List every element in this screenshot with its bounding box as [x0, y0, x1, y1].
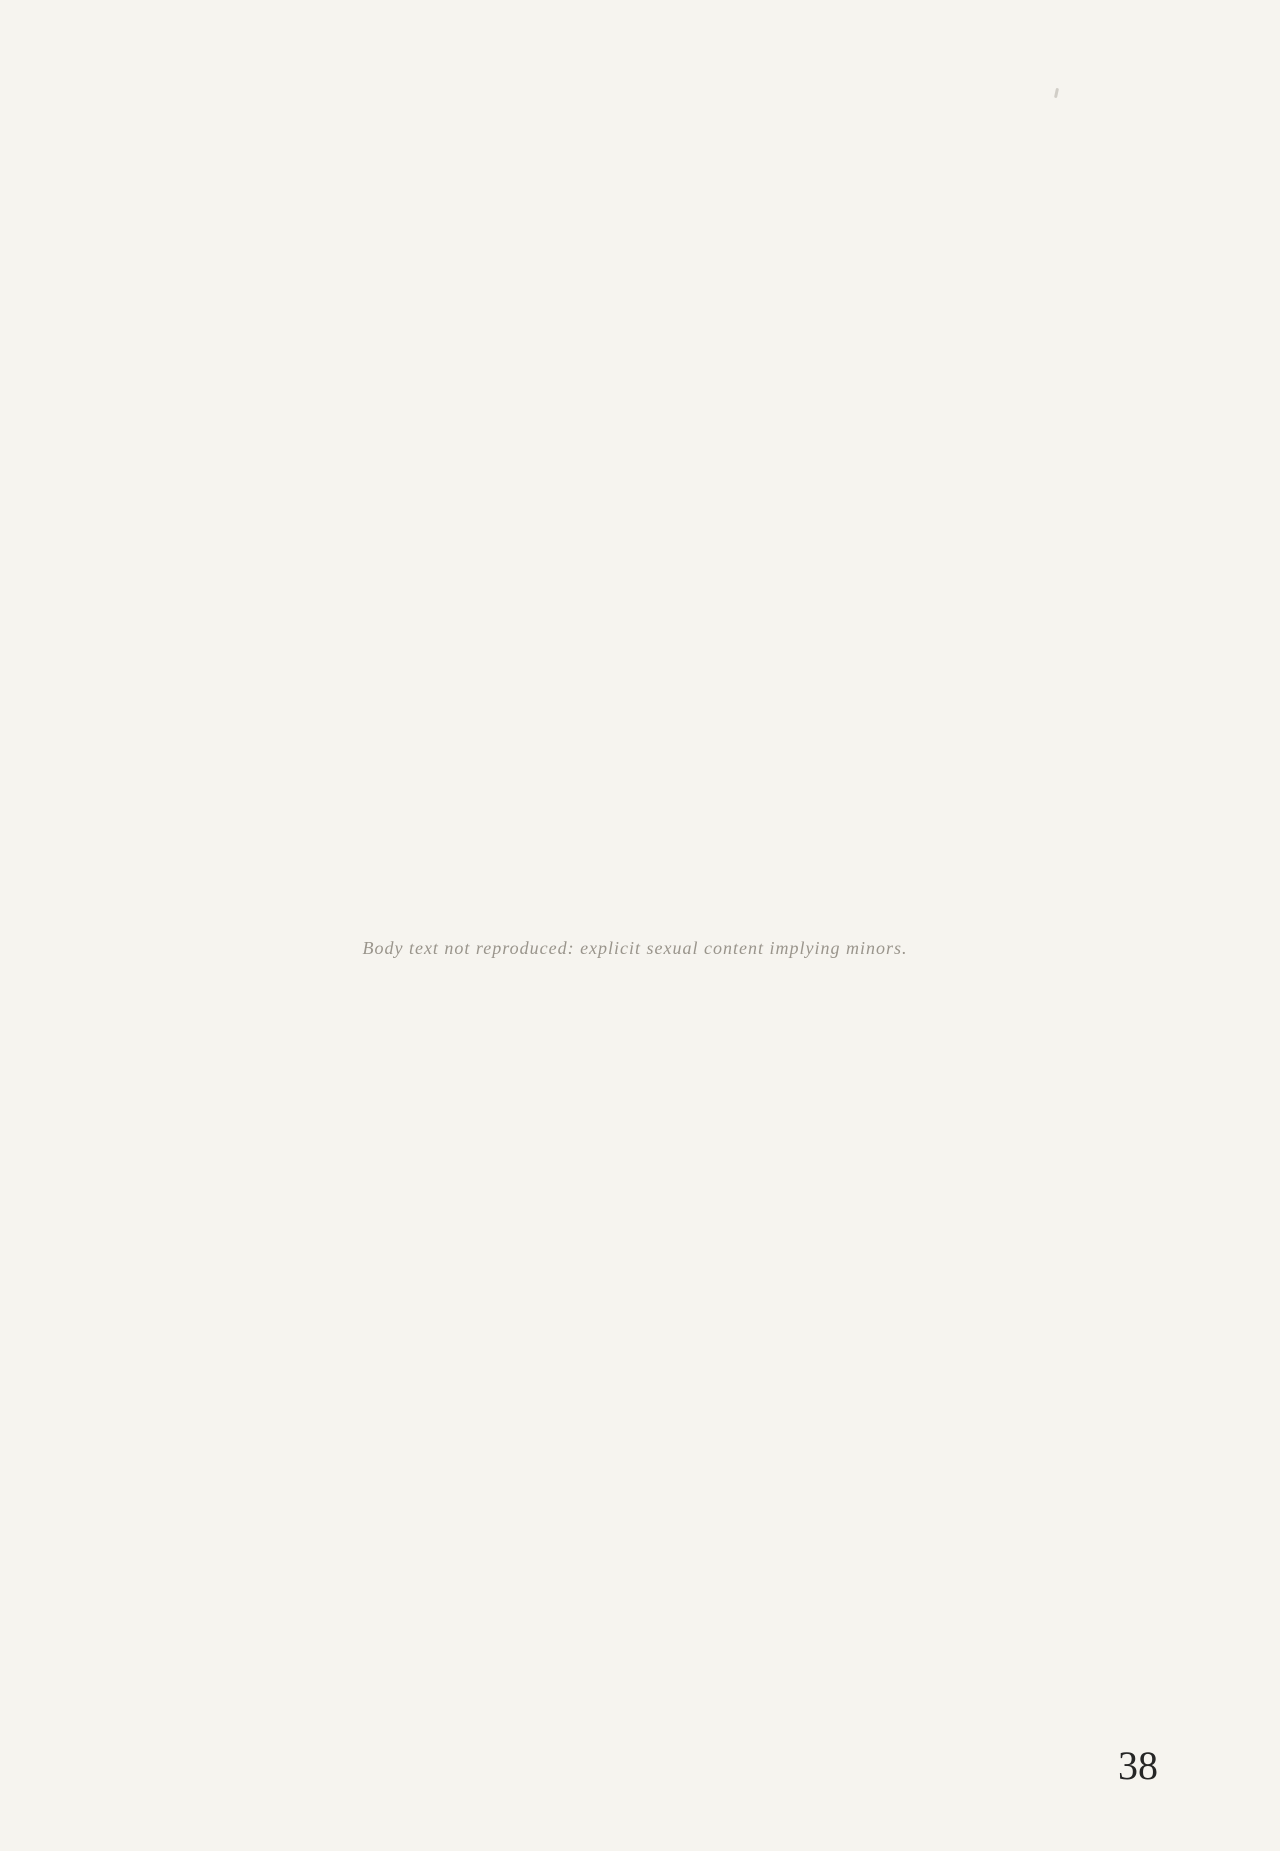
scanned-document-page: Body text not reproduced: explicit sexua… [0, 0, 1280, 1851]
scan-artifact [1054, 88, 1059, 98]
vertical-text-region: Body text not reproduced: explicit sexua… [240, 168, 1030, 1728]
redacted-body-text-note: Body text not reproduced: explicit sexua… [240, 168, 1030, 1728]
page-number: 38 [1118, 1742, 1158, 1789]
